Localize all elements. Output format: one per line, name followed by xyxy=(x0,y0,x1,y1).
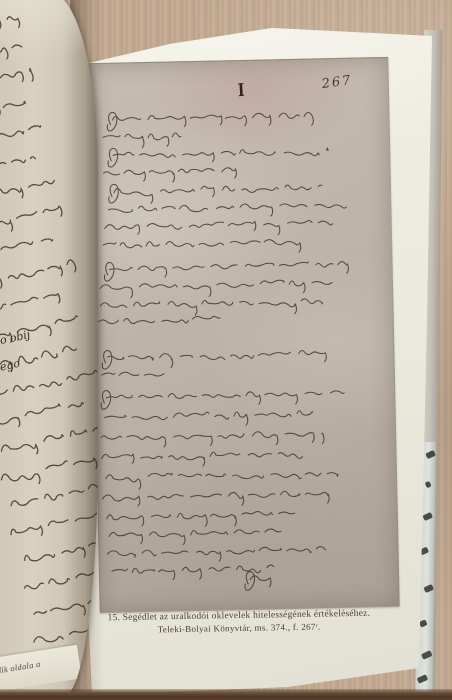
svg-text:ego: ego xyxy=(0,357,21,374)
book-left-page-curled: 383923918ego obijego madik oldala a xyxy=(0,0,98,696)
left-page-caption-fragment: madik oldala a xyxy=(0,653,80,678)
edge-ink-mark xyxy=(421,650,433,660)
left-page-handwriting: 383923918ego obijego xyxy=(0,0,98,696)
edge-ink-mark xyxy=(422,512,433,521)
edge-ink-mark xyxy=(419,619,428,627)
desk-front-edge xyxy=(0,689,452,700)
svg-text:ego obij: ego obij xyxy=(0,328,32,350)
edge-ink-mark xyxy=(425,450,436,459)
edge-ink-mark xyxy=(417,674,429,684)
book-photo-scene: I 267 15. Segédlet az uralkodói oklevele… xyxy=(0,0,452,700)
manuscript-handwriting xyxy=(89,58,398,612)
manuscript-photo: I 267 xyxy=(88,57,399,613)
edge-ink-mark xyxy=(423,584,434,593)
photo-caption: 15. Segédlet az uralkodói oklevelek hite… xyxy=(86,608,392,635)
edge-ink-mark xyxy=(425,481,432,489)
